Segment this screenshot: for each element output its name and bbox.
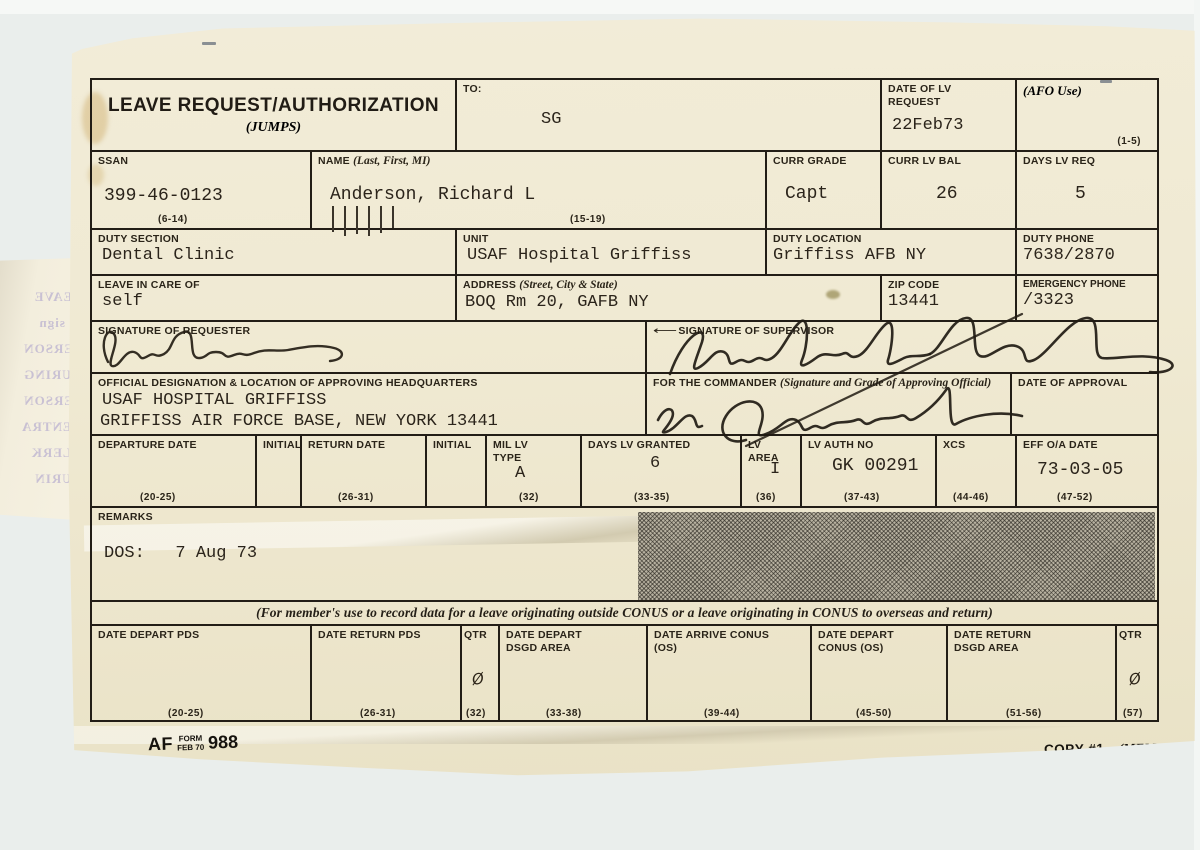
- return-date-cell: RETURN DATE (26-31): [302, 436, 427, 506]
- unit-label: UNIT: [463, 233, 759, 246]
- copy-number: COPY #1: [1044, 741, 1105, 757]
- hatched-blocked-area: [638, 512, 1155, 600]
- date-of-approval-cell: DATE OF APPROVAL: [1012, 374, 1157, 434]
- pencil-mark: [202, 42, 216, 45]
- qtr-code-2: (57): [1123, 708, 1143, 719]
- ssan-value: 399-46-0123: [104, 186, 304, 206]
- initial-label-1: INITIAL: [263, 439, 294, 452]
- date-arrive-conus-code: (39-44): [704, 708, 740, 719]
- unit-value: USAF Hospital Griffiss: [467, 246, 759, 265]
- form-title-cell: LEAVE REQUEST/AUTHORIZATION (JUMPS): [92, 80, 457, 150]
- mil-lv-type-label: MIL LV TYPE: [493, 439, 537, 464]
- afo-code: (1-5): [1117, 136, 1141, 147]
- date-return-dsgd-area-cell: DATE RETURN DSGD AREA (51-56): [948, 626, 1117, 722]
- date-of-lv-request-label: DATE OF LV REQUEST: [888, 83, 978, 108]
- signature-of-supervisor-label: SIGNATURE OF SUPERVISOR: [678, 325, 834, 337]
- emergency-phone-label: EMERGENCY PHONE: [1023, 279, 1151, 291]
- name-cell: NAME (Last, First, MI) Anderson, Richard…: [312, 152, 767, 228]
- departure-date-label: DEPARTURE DATE: [98, 439, 249, 452]
- qtr-value-2: Ø: [1128, 669, 1143, 689]
- departure-date-cell: DEPARTURE DATE (20-25): [92, 436, 257, 506]
- eff-oa-date-cell: EFF O/A DATE 73-03-05 (47-52): [1017, 436, 1157, 506]
- qtr-label-2: QTR: [1119, 629, 1155, 642]
- emergency-phone-value: /3323: [1023, 291, 1151, 310]
- date-return-pds-code: (26-31): [360, 708, 396, 719]
- departure-date-code: (20-25): [140, 492, 176, 503]
- scanner-bed-highlight: [0, 0, 1200, 14]
- date-return-dsgd-area-label: DATE RETURN DSGD AREA: [954, 629, 1064, 654]
- contact-row: LEAVE IN CARE OF self ADDRESS (Street, C…: [92, 276, 1157, 322]
- days-lv-granted-cell: DAYS LV GRANTED 6 (33-35): [582, 436, 742, 506]
- afo-use-label: (AFO Use): [1023, 83, 1151, 99]
- approval-row: OFFICIAL DESIGNATION & LOCATION OF APPRO…: [92, 374, 1157, 436]
- note-cell: (For member's use to record data for a l…: [92, 602, 1157, 624]
- lv-area-code: (36): [756, 492, 776, 503]
- days-lv-granted-label: DAYS LV GRANTED: [588, 439, 734, 452]
- afo-use-cell: (AFO Use) (1-5): [1017, 80, 1157, 150]
- days-lv-req-value: 5: [1075, 184, 1151, 204]
- days-lv-granted-value: 6: [650, 454, 734, 473]
- xcs-label: XCS: [943, 439, 1009, 452]
- signature-row: SIGNATURE OF REQUESTER ⟵SIGNATURE OF SUP…: [92, 322, 1157, 374]
- days-lv-req-cell: DAYS LV REQ 5: [1017, 152, 1157, 228]
- date-depart-pds-code: (20-25): [168, 708, 204, 719]
- leave-request-form-sheet: LEAVE REQUEST/AUTHORIZATION (JUMPS) TO: …: [64, 14, 1198, 776]
- lv-auth-no-cell: LV AUTH NO GK 00291 (37-43): [802, 436, 937, 506]
- mil-lv-type-cell: MIL LV TYPE A (32): [487, 436, 582, 506]
- lv-auth-no-code: (37-43): [844, 492, 880, 503]
- name-label: NAME: [318, 155, 350, 167]
- lv-auth-no-value: GK 00291: [832, 456, 929, 476]
- form-date: FEB 70: [177, 742, 204, 752]
- days-lv-granted-code: (33-35): [634, 492, 670, 503]
- duty-location-value: Griffiss AFB NY: [773, 246, 1009, 265]
- copy-designation: COPY #1 (MEMBER): [1044, 739, 1188, 759]
- address-cell: ADDRESS (Street, City & State) BOQ Rm 20…: [457, 276, 882, 320]
- zip-code-value: 13441: [888, 292, 1009, 311]
- zip-code-label: ZIP CODE: [888, 279, 1009, 292]
- date-of-lv-request-value: 22Feb73: [892, 116, 1009, 135]
- duty-section-label: DUTY SECTION: [98, 233, 449, 246]
- curr-grade-cell: CURR GRADE Capt: [767, 152, 882, 228]
- initial-cell-1: INITIAL: [257, 436, 302, 506]
- duty-row: DUTY SECTION Dental Clinic UNIT USAF Hos…: [92, 230, 1157, 276]
- curr-lv-bal-value: 26: [936, 184, 1009, 204]
- date-depart-pds-label: DATE DEPART PDS: [98, 629, 304, 642]
- date-return-pds-label: DATE RETURN PDS: [318, 629, 454, 642]
- date-arrive-conus-label: DATE ARRIVE CONUS (OS): [654, 629, 784, 654]
- note-row: (For member's use to record data for a l…: [92, 602, 1157, 626]
- official-designation-label: OFFICIAL DESIGNATION & LOCATION OF APPRO…: [98, 377, 639, 390]
- eff-oa-date-label: EFF O/A DATE: [1023, 439, 1151, 452]
- for-the-commander-label-italic: (Signature and Grade of Approving Offici…: [780, 377, 991, 389]
- return-date-label: RETURN DATE: [308, 439, 419, 452]
- signature-of-requester-cell: SIGNATURE OF REQUESTER: [92, 322, 647, 372]
- remarks-row: REMARKS DOS: 7 Aug 73: [92, 508, 1157, 602]
- lv-area-cell: LV AREA I (36): [742, 436, 802, 506]
- form-number: 988: [208, 732, 239, 754]
- leave-in-care-of-cell: LEAVE IN CARE OF self: [92, 276, 457, 320]
- date-depart-conus-cell: DATE DEPART CONUS (OS) (45-50): [812, 626, 948, 722]
- signature-of-requester-label: SIGNATURE OF REQUESTER: [98, 325, 639, 338]
- af-text: AF: [148, 734, 174, 756]
- duty-section-value: Dental Clinic: [102, 246, 449, 265]
- date-of-lv-request-cell: DATE OF LV REQUEST 22Feb73: [882, 80, 1017, 150]
- duty-location-cell: DUTY LOCATION Griffiss AFB NY: [767, 230, 1017, 274]
- leave-in-care-of-label: LEAVE IN CARE OF: [98, 279, 449, 292]
- curr-lv-bal-cell: CURR LV BAL 26: [882, 152, 1017, 228]
- name-label-italic: (Last, First, MI): [353, 155, 430, 167]
- date-depart-dsgd-area-cell: DATE DEPART DSGD AREA (33-38): [500, 626, 648, 722]
- curr-lv-bal-label: CURR LV BAL: [888, 155, 1009, 168]
- initial-cell-2: INITIAL: [427, 436, 487, 506]
- qtr-code-1: (32): [466, 708, 486, 719]
- unit-cell: UNIT USAF Hospital Griffiss: [457, 230, 767, 274]
- mil-lv-type-value: A: [515, 464, 574, 483]
- date-depart-pds-cell: DATE DEPART PDS (20-25): [92, 626, 312, 722]
- date-arrive-conus-cell: DATE ARRIVE CONUS (OS) (39-44): [648, 626, 812, 722]
- to-cell: TO: SG: [457, 80, 882, 150]
- qtr-cell-2: QTR Ø (57): [1117, 626, 1157, 722]
- ssan-code: (6-14): [158, 214, 188, 225]
- duty-section-cell: DUTY SECTION Dental Clinic: [92, 230, 457, 274]
- eff-oa-date-value: 73-03-05: [1037, 460, 1151, 480]
- lv-area-value: I: [770, 460, 794, 479]
- days-lv-req-label: DAYS LV REQ: [1023, 155, 1151, 168]
- name-value: Anderson, Richard L: [330, 185, 759, 205]
- official-designation-line2: GRIFFISS AIR FORCE BASE, NEW YORK 13441: [100, 412, 639, 431]
- address-value: BOQ Rm 20, GAFB NY: [465, 293, 874, 312]
- qtr-label-1: QTR: [464, 629, 496, 642]
- leave-grant-row: DEPARTURE DATE (20-25) INITIAL RETURN DA…: [92, 436, 1157, 508]
- initial-label-2: INITIAL: [433, 439, 479, 452]
- zip-code-cell: ZIP CODE 13441: [882, 276, 1017, 320]
- mil-lv-type-code: (32): [519, 492, 539, 503]
- name-code: (15-19): [570, 214, 606, 225]
- for-the-commander-label: FOR THE COMMANDER: [653, 377, 777, 389]
- qtr-cell-1: QTR Ø (32): [462, 626, 500, 722]
- duty-location-label: DUTY LOCATION: [773, 233, 1009, 246]
- official-designation-cell: OFFICIAL DESIGNATION & LOCATION OF APPRO…: [92, 374, 647, 434]
- ssan-cell: SSAN 399-46-0123 (6-14): [92, 152, 312, 228]
- signature-of-supervisor-cell: ⟵SIGNATURE OF SUPERVISOR: [647, 322, 1157, 372]
- curr-grade-label: CURR GRADE: [773, 155, 874, 168]
- qtr-value-1: Ø: [471, 669, 486, 689]
- left-arrow-icon: ⟵: [653, 325, 678, 338]
- form-title: LEAVE REQUEST/AUTHORIZATION: [98, 94, 449, 118]
- date-depart-conus-label: DATE DEPART CONUS (OS): [818, 629, 918, 654]
- form-number-block: AF FORM FEB 70 988: [148, 732, 239, 756]
- copy-type: (MEMBER): [1119, 740, 1188, 756]
- for-the-commander-cell: FOR THE COMMANDER (Signature and Grade o…: [647, 374, 1012, 434]
- to-label: TO:: [463, 83, 874, 96]
- date-return-pds-cell: DATE RETURN PDS (26-31): [312, 626, 462, 722]
- duty-phone-label: DUTY PHONE: [1023, 233, 1151, 246]
- address-label-italic: (Street, City & State): [519, 279, 617, 291]
- ssan-label: SSAN: [98, 155, 304, 168]
- leave-in-care-of-value: self: [102, 292, 449, 311]
- curr-grade-value: Capt: [785, 184, 874, 204]
- af-form-988: LEAVE REQUEST/AUTHORIZATION (JUMPS) TO: …: [90, 78, 1159, 722]
- date-depart-conus-code: (45-50): [856, 708, 892, 719]
- to-value: SG: [541, 110, 874, 129]
- emergency-phone-cell: EMERGENCY PHONE /3323: [1017, 276, 1157, 320]
- return-date-code: (26-31): [338, 492, 374, 503]
- form-subtitle: (JUMPS): [98, 120, 449, 136]
- xcs-code: (44-46): [953, 492, 989, 503]
- header-row: LEAVE REQUEST/AUTHORIZATION (JUMPS) TO: …: [92, 80, 1157, 152]
- date-of-approval-label: DATE OF APPROVAL: [1018, 377, 1151, 390]
- address-label: ADDRESS: [463, 279, 516, 291]
- conus-row: DATE DEPART PDS (20-25) DATE RETURN PDS …: [92, 626, 1157, 722]
- date-depart-dsgd-area-label: DATE DEPART DSGD AREA: [506, 629, 616, 654]
- xcs-cell: XCS (44-46): [937, 436, 1017, 506]
- lv-auth-no-label: LV AUTH NO: [808, 439, 929, 452]
- duty-phone-value: 7638/2870: [1023, 246, 1151, 265]
- duty-phone-cell: DUTY PHONE 7638/2870: [1017, 230, 1157, 274]
- official-designation-line1: USAF HOSPITAL GRIFFISS: [102, 391, 639, 410]
- eff-oa-date-code: (47-52): [1057, 492, 1093, 503]
- identity-row: SSAN 399-46-0123 (6-14) NAME (Last, Firs…: [92, 152, 1157, 230]
- date-depart-dsgd-area-code: (33-38): [546, 708, 582, 719]
- member-use-note: (For member's use to record data for a l…: [92, 602, 1157, 621]
- date-return-dsgd-area-code: (51-56): [1006, 708, 1042, 719]
- remarks-cell: REMARKS DOS: 7 Aug 73: [92, 508, 1157, 600]
